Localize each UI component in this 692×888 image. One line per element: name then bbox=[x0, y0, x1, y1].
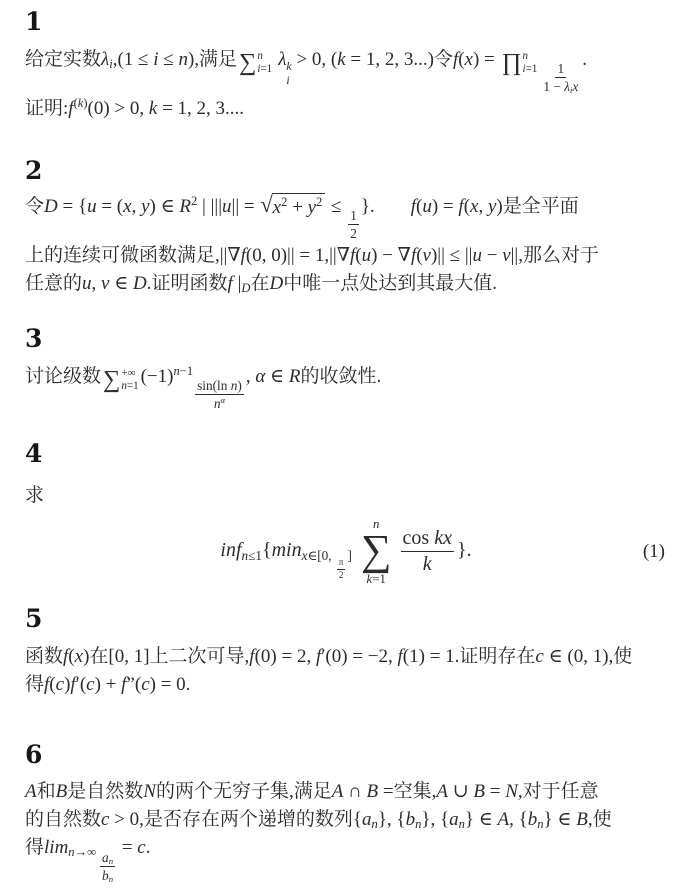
math-line: 得f(c)f′(c) + f”(c) = 0. bbox=[25, 671, 667, 699]
equation-number: (1) bbox=[643, 541, 665, 563]
problem-1-number: 1 bbox=[25, 8, 667, 37]
problem-5-number: 5 bbox=[25, 605, 667, 634]
problem-6-text: A和B是自然数N的两个无穷子集,满足A ∩ B =空集,A ∪ B = N,对于… bbox=[25, 778, 667, 883]
math-line: 任意的u, v ∈ D.证明函数f |D在D中唯一点处达到其最大值. bbox=[25, 270, 667, 298]
problem-2-text: 令D = {u = (x, y) ∈ R2 | |||u|| = √x2 + y… bbox=[25, 193, 667, 298]
math-line: 得limn→∞anbn = c. bbox=[25, 834, 667, 883]
problem-4-text: 求 bbox=[25, 482, 667, 510]
math-line: 证明:f(k)(0) > 0, k = 1, 2, 3.... bbox=[25, 95, 667, 123]
math-line: 的自然数c > 0,是否存在两个递增的数列{an}, {bn}, {an} ∈ … bbox=[25, 806, 667, 834]
problem-4-number: 4 bbox=[25, 440, 667, 469]
math-line: 给定实数λi,(1 ≤ i ≤ n),满足∑ni=1λki > 0, (k = … bbox=[25, 46, 667, 95]
problem-1-text: 给定实数λi,(1 ≤ i ≤ n),满足∑ni=1λki > 0, (k = … bbox=[25, 46, 667, 123]
problem-2-number: 2 bbox=[25, 157, 667, 186]
problem-6-number: 6 bbox=[25, 741, 667, 770]
math-line: 函数f(x)在[0, 1]上二次可导,f(0) = 2, f′(0) = −2,… bbox=[25, 643, 667, 671]
problem-3-text: 讨论级数∑+∞n=1(−1)n−1sin(ln n)nα, α ∈ R的收敛性. bbox=[25, 363, 667, 412]
math-line: A和B是自然数N的两个无穷子集,满足A ∩ B =空集,A ∪ B = N,对于… bbox=[25, 778, 667, 806]
problem-3-number: 3 bbox=[25, 325, 667, 354]
problem-5: 5 函数f(x)在[0, 1]上二次可导,f(0) = 2, f′(0) = −… bbox=[25, 605, 667, 699]
math-line: 上的连续可微函数满足,||∇f(0, 0)|| = 1,||∇f(u) − ∇f… bbox=[25, 242, 667, 270]
display-equation: infn≤1{minx∈[0, π2]n∑k=1cos kxk}. (1) bbox=[25, 514, 667, 590]
problem-3: 3 讨论级数∑+∞n=1(−1)n−1sin(ln n)nα, α ∈ R的收敛… bbox=[25, 325, 667, 412]
math-line: 求 bbox=[25, 482, 667, 510]
document-page: 1 给定实数λi,(1 ≤ i ≤ n),满足∑ni=1λki > 0, (k … bbox=[0, 0, 692, 888]
math-line: 讨论级数∑+∞n=1(−1)n−1sin(ln n)nα, α ∈ R的收敛性. bbox=[25, 363, 667, 412]
problem-1: 1 给定实数λi,(1 ≤ i ≤ n),满足∑ni=1λki > 0, (k … bbox=[25, 8, 667, 123]
equation-body: infn≤1{minx∈[0, π2]n∑k=1cos kxk}. bbox=[220, 517, 471, 586]
problem-4: 4 求 infn≤1{minx∈[0, π2]n∑k=1cos kxk}. (1… bbox=[25, 440, 667, 590]
problem-6: 6 A和B是自然数N的两个无穷子集,满足A ∩ B =空集,A ∪ B = N,… bbox=[25, 741, 667, 884]
problem-2: 2 令D = {u = (x, y) ∈ R2 | |||u|| = √x2 +… bbox=[25, 157, 667, 298]
math-line: 令D = {u = (x, y) ∈ R2 | |||u|| = √x2 + y… bbox=[25, 193, 667, 242]
problem-5-text: 函数f(x)在[0, 1]上二次可导,f(0) = 2, f′(0) = −2,… bbox=[25, 643, 667, 699]
